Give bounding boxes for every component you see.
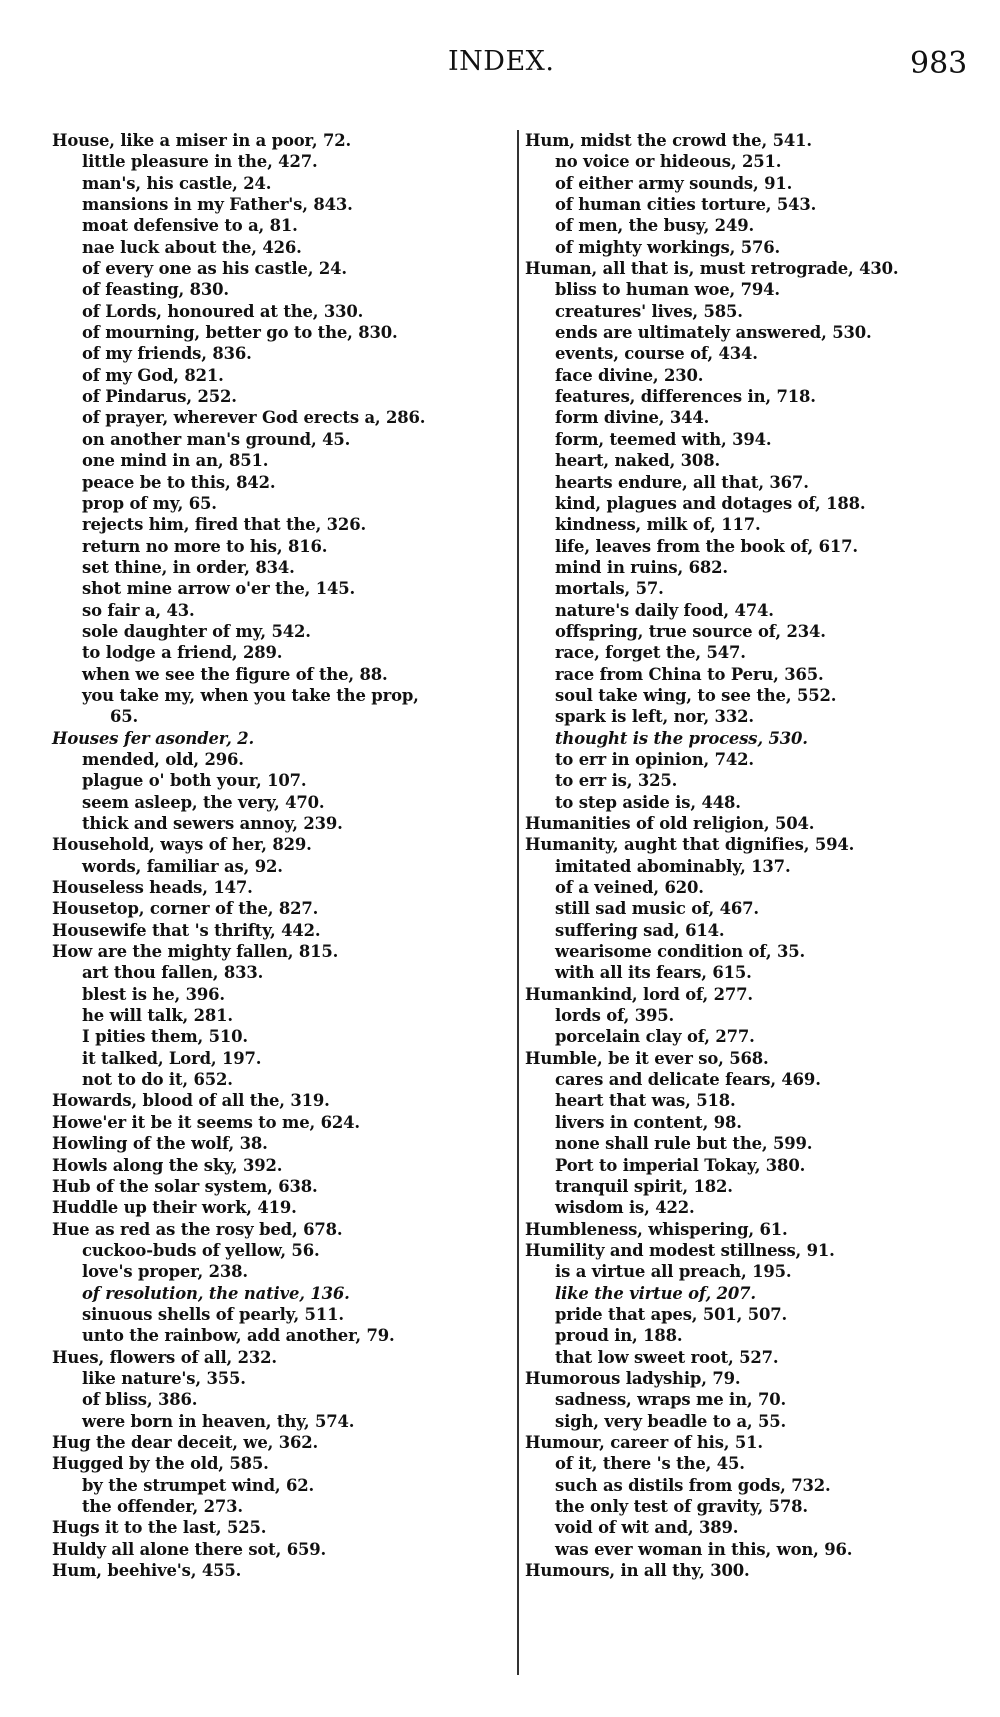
index-subentry: mind in ruins, 682. bbox=[525, 557, 985, 578]
index-heading: Humanities of old religion, 504. bbox=[525, 813, 985, 834]
index-column-left: House, like a miser in a poor, 72.little… bbox=[52, 130, 502, 1581]
index-subentry: form divine, 344. bbox=[525, 407, 985, 428]
index-subentry: with all its fears, 615. bbox=[525, 962, 985, 983]
index-heading: Howards, blood of all the, 319. bbox=[52, 1090, 502, 1111]
index-subentry: love's proper, 238. bbox=[52, 1261, 502, 1282]
index-subentry: mansions in my Father's, 843. bbox=[52, 194, 502, 215]
index-subentry: pride that apes, 501, 507. bbox=[525, 1304, 985, 1325]
index-subentry: face divine, 230. bbox=[525, 365, 985, 386]
index-heading: How are the mighty fallen, 815. bbox=[52, 941, 502, 962]
index-subentry: kind, plagues and dotages of, 188. bbox=[525, 493, 985, 514]
index-heading: Houses fer asonder, 2. bbox=[52, 728, 502, 749]
index-subentry: so fair a, 43. bbox=[52, 600, 502, 621]
index-subentry: of mighty workings, 576. bbox=[525, 237, 985, 258]
index-heading: Hugs it to the last, 525. bbox=[52, 1517, 502, 1538]
index-subentry: of bliss, 386. bbox=[52, 1389, 502, 1410]
index-subentry: of mourning, better go to the, 830. bbox=[52, 322, 502, 343]
index-subentry: like the virtue of, 207. bbox=[525, 1283, 985, 1304]
index-heading: Hum, midst the crowd the, 541. bbox=[525, 130, 985, 151]
index-subentry: of Lords, honoured at the, 330. bbox=[52, 301, 502, 322]
index-subentry: were born in heaven, thy, 574. bbox=[52, 1411, 502, 1432]
index-subentry: heart that was, 518. bbox=[525, 1090, 985, 1111]
index-subentry: Port to imperial Tokay, 380. bbox=[525, 1155, 985, 1176]
index-subentry: void of wit and, 389. bbox=[525, 1517, 985, 1538]
index-subentry: prop of my, 65. bbox=[52, 493, 502, 514]
index-subentry: of a veined, 620. bbox=[525, 877, 985, 898]
index-subentry: to err is, 325. bbox=[525, 770, 985, 791]
index-subentry: by the strumpet wind, 62. bbox=[52, 1475, 502, 1496]
index-subentry: it talked, Lord, 197. bbox=[52, 1048, 502, 1069]
index-heading: Humility and modest stillness, 91. bbox=[525, 1240, 985, 1261]
index-heading: Howe'er it be it seems to me, 624. bbox=[52, 1112, 502, 1133]
index-subentry: hearts endure, all that, 367. bbox=[525, 472, 985, 493]
index-subentry: kindness, milk of, 117. bbox=[525, 514, 985, 535]
index-subentry: none shall rule but the, 599. bbox=[525, 1133, 985, 1154]
index-subentry: of it, there 's the, 45. bbox=[525, 1453, 985, 1474]
index-heading: Huddle up their work, 419. bbox=[52, 1197, 502, 1218]
index-subentry: ends are ultimately answered, 530. bbox=[525, 322, 985, 343]
index-subentry: tranquil spirit, 182. bbox=[525, 1176, 985, 1197]
index-subentry: of every one as his castle, 24. bbox=[52, 258, 502, 279]
index-heading: Humours, in all thy, 300. bbox=[525, 1560, 985, 1581]
index-subentry: of either army sounds, 91. bbox=[525, 173, 985, 194]
index-subentry: sole daughter of my, 542. bbox=[52, 621, 502, 642]
index-subentry: wisdom is, 422. bbox=[525, 1197, 985, 1218]
index-heading: Housetop, corner of the, 827. bbox=[52, 898, 502, 919]
index-subentry: wearisome condition of, 35. bbox=[525, 941, 985, 962]
index-heading: Human, all that is, must retrograde, 430… bbox=[525, 258, 985, 279]
index-subentry: porcelain clay of, 277. bbox=[525, 1026, 985, 1047]
index-column-right: Hum, midst the crowd the, 541.no voice o… bbox=[517, 130, 985, 1675]
index-subentry: thought is the process, 530. bbox=[525, 728, 985, 749]
index-subentry: mortals, 57. bbox=[525, 578, 985, 599]
index-subentry: events, course of, 434. bbox=[525, 343, 985, 364]
index-heading: Household, ways of her, 829. bbox=[52, 834, 502, 855]
index-subentry: of resolution, the native, 136. bbox=[52, 1283, 502, 1304]
page-number: 983 bbox=[910, 46, 967, 81]
index-subentry: such as distils from gods, 732. bbox=[525, 1475, 985, 1496]
index-subentry: features, differences in, 718. bbox=[525, 386, 985, 407]
index-subentry: art thou fallen, 833. bbox=[52, 962, 502, 983]
index-subentry: that low sweet root, 527. bbox=[525, 1347, 985, 1368]
index-heading: Humanity, aught that dignifies, 594. bbox=[525, 834, 985, 855]
index-heading: Humbleness, whispering, 61. bbox=[525, 1219, 985, 1240]
index-subentry: spark is left, nor, 332. bbox=[525, 706, 985, 727]
index-subentry: peace be to this, 842. bbox=[52, 472, 502, 493]
index-subentry: on another man's ground, 45. bbox=[52, 429, 502, 450]
index-subentry: suffering sad, 614. bbox=[525, 920, 985, 941]
index-subentry: sinuous shells of pearly, 511. bbox=[52, 1304, 502, 1325]
index-subentry: of feasting, 830. bbox=[52, 279, 502, 300]
index-heading: Hub of the solar system, 638. bbox=[52, 1176, 502, 1197]
index-continuation: 65. bbox=[52, 706, 502, 727]
index-subentry: offspring, true source of, 234. bbox=[525, 621, 985, 642]
index-subentry: shot mine arrow o'er the, 145. bbox=[52, 578, 502, 599]
index-subentry: race, forget the, 547. bbox=[525, 642, 985, 663]
index-subentry: when we see the figure of the, 88. bbox=[52, 664, 502, 685]
index-subentry: seem asleep, the very, 470. bbox=[52, 792, 502, 813]
index-heading: Humorous ladyship, 79. bbox=[525, 1368, 985, 1389]
index-subentry: thick and sewers annoy, 239. bbox=[52, 813, 502, 834]
index-heading: Housewife that 's thrifty, 442. bbox=[52, 920, 502, 941]
index-heading: Hugged by the old, 585. bbox=[52, 1453, 502, 1474]
index-subentry: unto the rainbow, add another, 79. bbox=[52, 1325, 502, 1346]
index-subentry: man's, his castle, 24. bbox=[52, 173, 502, 194]
index-subentry: like nature's, 355. bbox=[52, 1368, 502, 1389]
index-subentry: mended, old, 296. bbox=[52, 749, 502, 770]
index-subentry: soul take wing, to see the, 552. bbox=[525, 685, 985, 706]
index-subentry: still sad music of, 467. bbox=[525, 898, 985, 919]
index-subentry: of my God, 821. bbox=[52, 365, 502, 386]
index-subentry: nae luck about the, 426. bbox=[52, 237, 502, 258]
index-subentry: words, familiar as, 92. bbox=[52, 856, 502, 877]
index-subentry: he will talk, 281. bbox=[52, 1005, 502, 1026]
index-subentry: livers in content, 98. bbox=[525, 1112, 985, 1133]
index-subentry: imitated abominably, 137. bbox=[525, 856, 985, 877]
index-heading: Humour, career of his, 51. bbox=[525, 1432, 985, 1453]
index-subentry: cuckoo-buds of yellow, 56. bbox=[52, 1240, 502, 1261]
index-subentry: proud in, 188. bbox=[525, 1325, 985, 1346]
index-heading: Huldy all alone there sot, 659. bbox=[52, 1539, 502, 1560]
index-subentry: creatures' lives, 585. bbox=[525, 301, 985, 322]
index-subentry: I pities them, 510. bbox=[52, 1026, 502, 1047]
index-heading: Howls along the sky, 392. bbox=[52, 1155, 502, 1176]
index-subentry: little pleasure in the, 427. bbox=[52, 151, 502, 172]
index-subentry: to lodge a friend, 289. bbox=[52, 642, 502, 663]
index-subentry: of my friends, 836. bbox=[52, 343, 502, 364]
index-subentry: of human cities torture, 543. bbox=[525, 194, 985, 215]
index-heading: Hum, beehive's, 455. bbox=[52, 1560, 502, 1581]
index-subentry: nature's daily food, 474. bbox=[525, 600, 985, 621]
index-subentry: lords of, 395. bbox=[525, 1005, 985, 1026]
index-subentry: plague o' both your, 107. bbox=[52, 770, 502, 791]
index-subentry: sigh, very beadle to a, 55. bbox=[525, 1411, 985, 1432]
index-subentry: blest is he, 396. bbox=[52, 984, 502, 1005]
index-subentry: no voice or hideous, 251. bbox=[525, 151, 985, 172]
page-header: INDEX. 983 bbox=[0, 46, 1000, 96]
index-subentry: to step aside is, 448. bbox=[525, 792, 985, 813]
index-subentry: rejects him, fired that the, 326. bbox=[52, 514, 502, 535]
index-heading: Houseless heads, 147. bbox=[52, 877, 502, 898]
index-subentry: set thine, in order, 834. bbox=[52, 557, 502, 578]
index-subentry: one mind in an, 851. bbox=[52, 450, 502, 471]
index-heading: Hues, flowers of all, 232. bbox=[52, 1347, 502, 1368]
index-subentry: bliss to human woe, 794. bbox=[525, 279, 985, 300]
index-subentry: to err in opinion, 742. bbox=[525, 749, 985, 770]
index-heading: Humble, be it ever so, 568. bbox=[525, 1048, 985, 1069]
index-subentry: return no more to his, 816. bbox=[52, 536, 502, 557]
index-subentry: was ever woman in this, won, 96. bbox=[525, 1539, 985, 1560]
index-subentry: heart, naked, 308. bbox=[525, 450, 985, 471]
index-subentry: the offender, 273. bbox=[52, 1496, 502, 1517]
index-subentry: life, leaves from the book of, 617. bbox=[525, 536, 985, 557]
index-subentry: form, teemed with, 394. bbox=[525, 429, 985, 450]
index-subentry: you take my, when you take the prop, bbox=[52, 685, 502, 706]
index-subentry: of Pindarus, 252. bbox=[52, 386, 502, 407]
index-heading: Howling of the wolf, 38. bbox=[52, 1133, 502, 1154]
index-subentry: the only test of gravity, 578. bbox=[525, 1496, 985, 1517]
index-subentry: is a virtue all preach, 195. bbox=[525, 1261, 985, 1282]
index-subentry: race from China to Peru, 365. bbox=[525, 664, 985, 685]
index-subentry: moat defensive to a, 81. bbox=[52, 215, 502, 236]
index-subentry: of men, the busy, 249. bbox=[525, 215, 985, 236]
index-heading: House, like a miser in a poor, 72. bbox=[52, 130, 502, 151]
index-subentry: sadness, wraps me in, 70. bbox=[525, 1389, 985, 1410]
index-subentry: not to do it, 652. bbox=[52, 1069, 502, 1090]
index-subentry: of prayer, wherever God erects a, 286. bbox=[52, 407, 502, 428]
index-subentry: cares and delicate fears, 469. bbox=[525, 1069, 985, 1090]
index-heading: Hug the dear deceit, we, 362. bbox=[52, 1432, 502, 1453]
index-heading: Hue as red as the rosy bed, 678. bbox=[52, 1219, 502, 1240]
index-heading: Humankind, lord of, 277. bbox=[525, 984, 985, 1005]
running-head: INDEX. bbox=[448, 46, 554, 77]
